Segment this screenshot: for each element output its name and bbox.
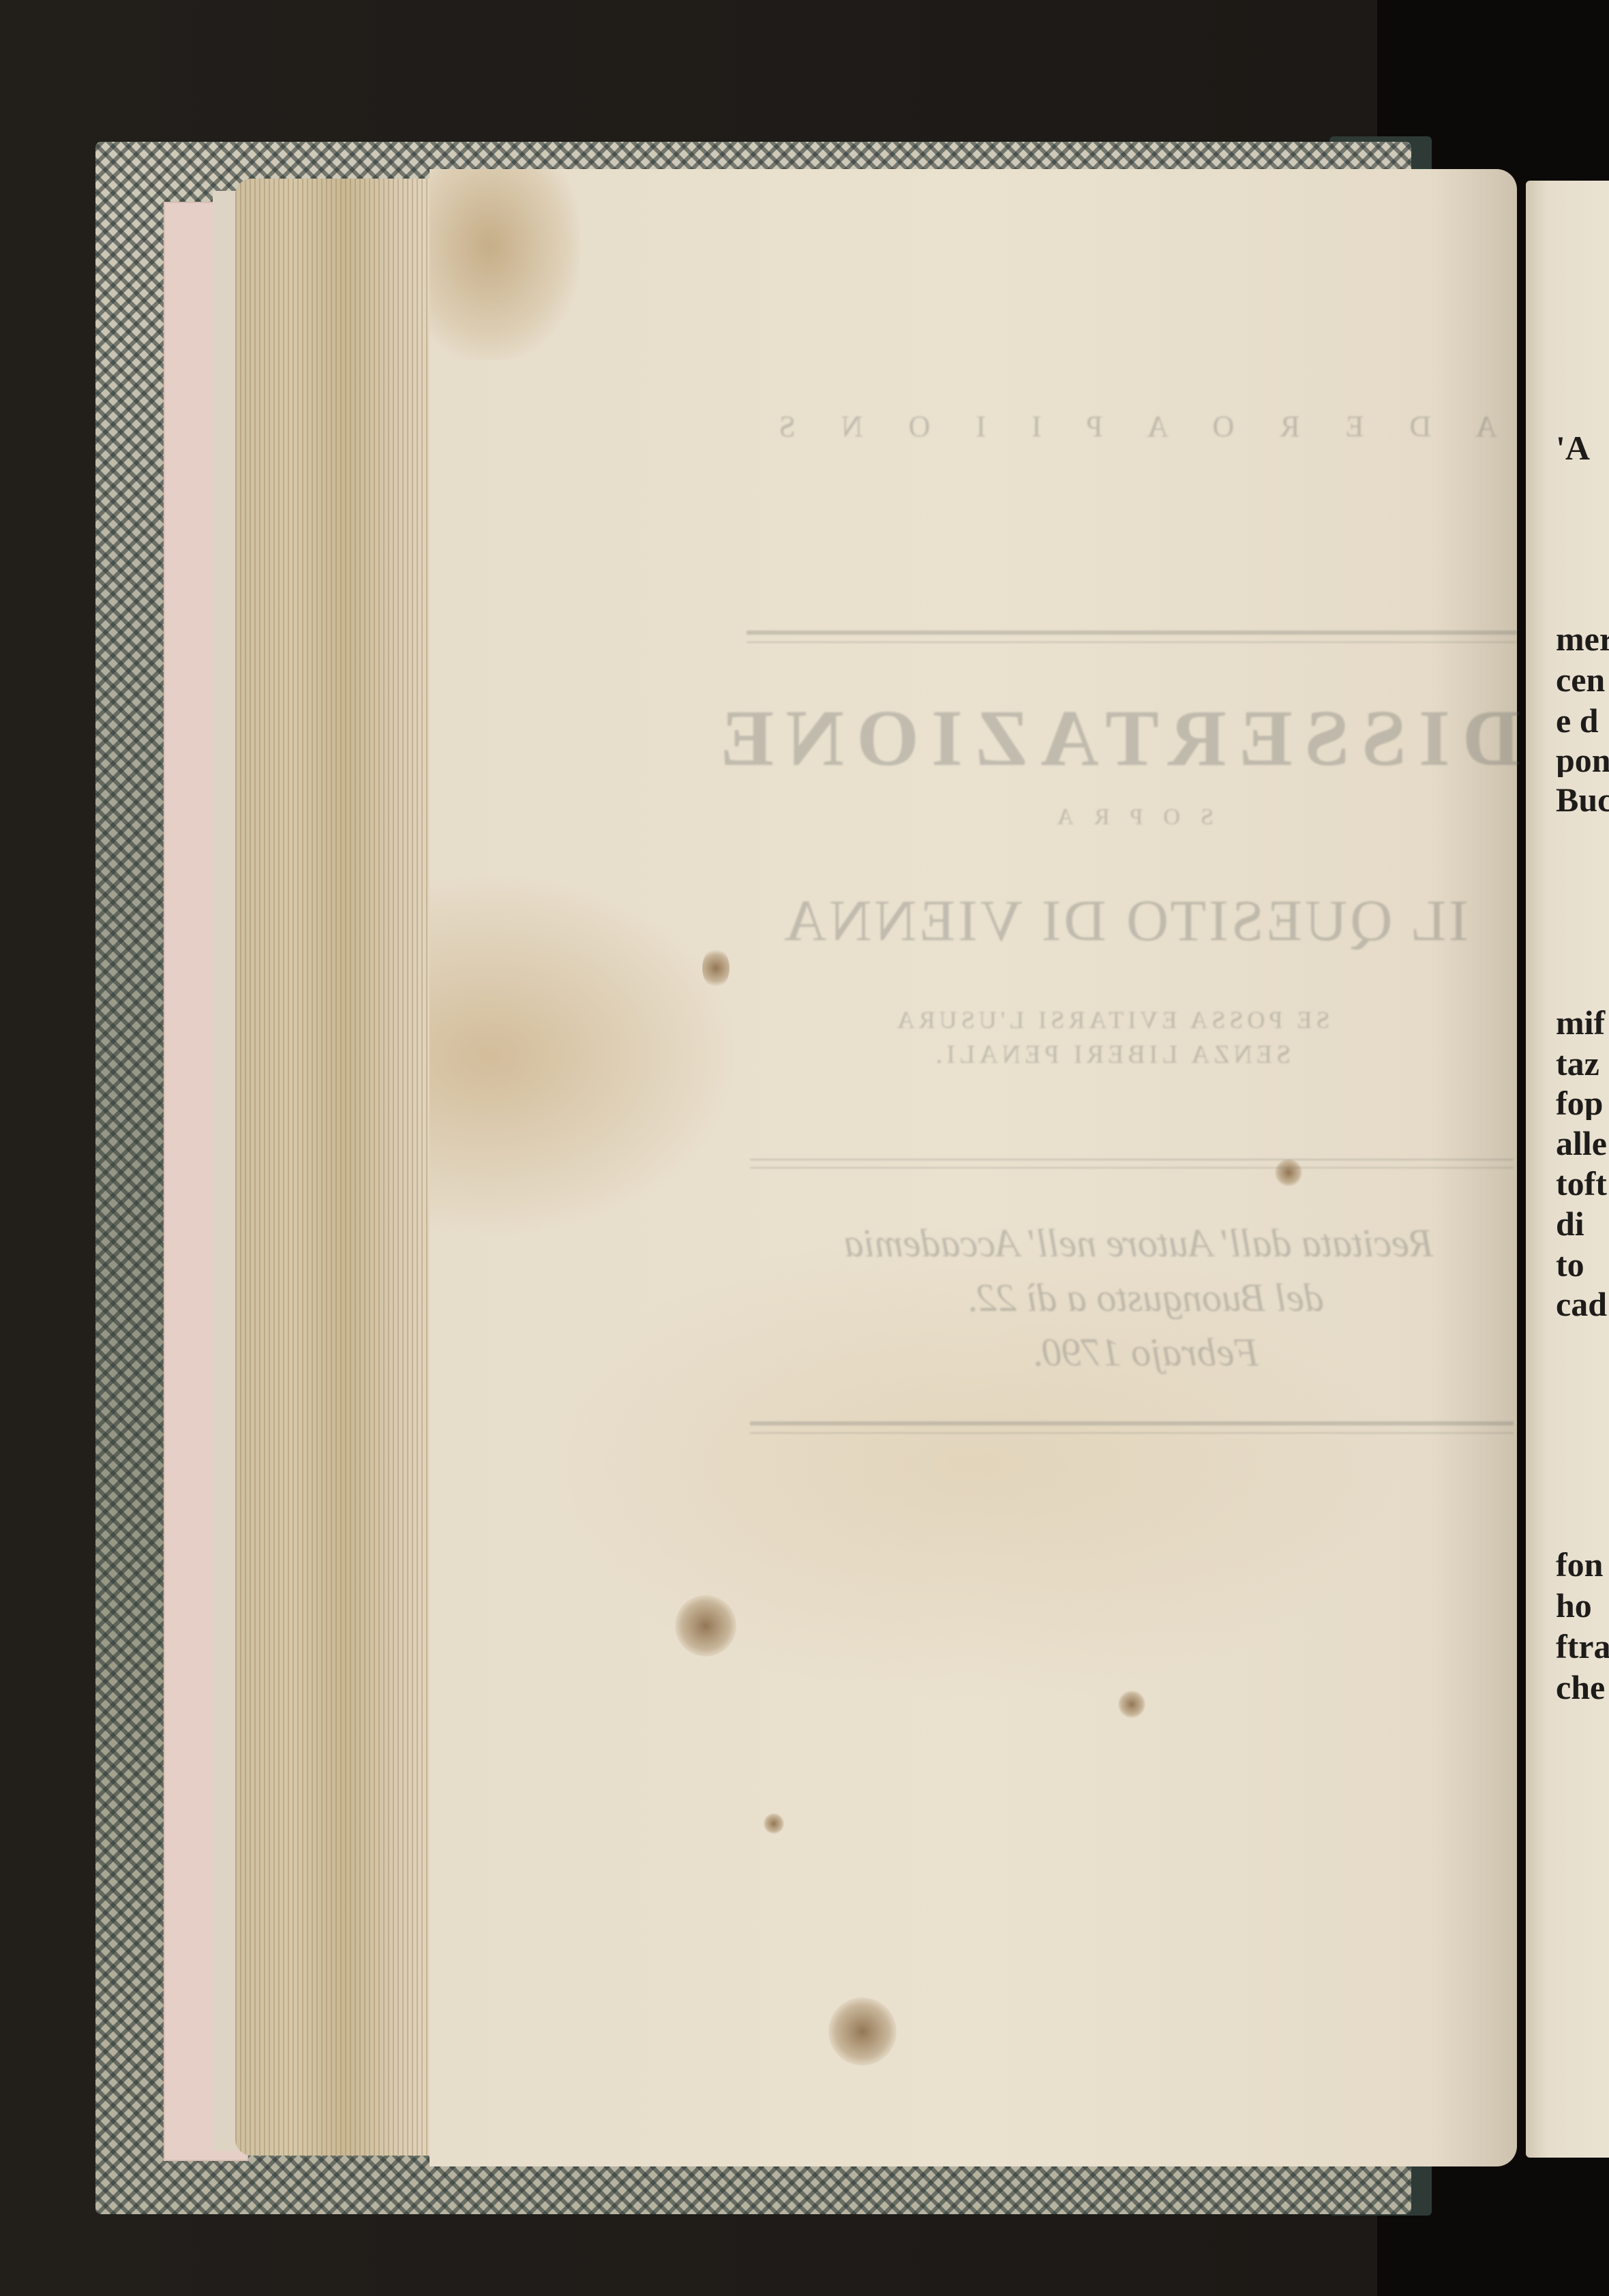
facing-line: alle	[1556, 1126, 1609, 1160]
show-through-recited-2: del Buongusto a dì 22.	[852, 1275, 1439, 1320]
facing-line: Buc	[1556, 783, 1609, 817]
foxing-spot	[764, 1813, 784, 1834]
show-through-sopra: SOPRA	[750, 804, 1500, 830]
facing-line: fop	[1556, 1086, 1609, 1120]
foxing-spot	[675, 1595, 736, 1657]
show-through-rule-mid	[750, 1159, 1514, 1168]
facing-line: che	[1556, 1670, 1609, 1704]
show-through-question-1: SE POSSA EVITARSI L'USURA	[770, 1006, 1452, 1034]
show-through-recited-1: Recitata dall' Autore nell' Accademia	[764, 1220, 1514, 1266]
corner-stain	[430, 169, 580, 360]
facing-line: taz	[1556, 1046, 1609, 1081]
facing-line: toft	[1556, 1166, 1609, 1200]
facing-line: mer	[1556, 622, 1609, 656]
facing-line: fon	[1556, 1547, 1609, 1582]
facing-line: e d	[1556, 704, 1609, 738]
facing-heading-fragment: 'A	[1556, 431, 1609, 465]
facing-line: to	[1556, 1248, 1609, 1282]
page-edge-stack	[235, 179, 433, 2156]
show-through-title: DISSERTAZIONE	[723, 692, 1520, 785]
show-through-subject: IL QUESITO DI VIENNA	[730, 886, 1520, 954]
facing-line: pon	[1556, 743, 1609, 777]
show-through-header: A D E R O A P I I O N S	[743, 409, 1514, 444]
facing-line: cad	[1556, 1287, 1609, 1321]
facing-line: ho	[1556, 1588, 1609, 1622]
facing-line: di	[1556, 1207, 1609, 1241]
foxing-spot	[828, 1997, 897, 2066]
facing-line: mif	[1556, 1006, 1609, 1040]
foxing-spot	[1118, 1691, 1145, 1718]
show-through-recited-3: Febrajo 1790.	[941, 1329, 1350, 1375]
foxing-spot	[702, 948, 730, 988]
show-through-rule-bottom	[750, 1421, 1514, 1434]
show-through-rule-top	[747, 631, 1517, 643]
show-through-question-2: SENZA LIBERI PENALI.	[770, 1040, 1452, 1070]
facing-line: cen	[1556, 663, 1609, 697]
facing-line: ftra	[1556, 1629, 1609, 1663]
